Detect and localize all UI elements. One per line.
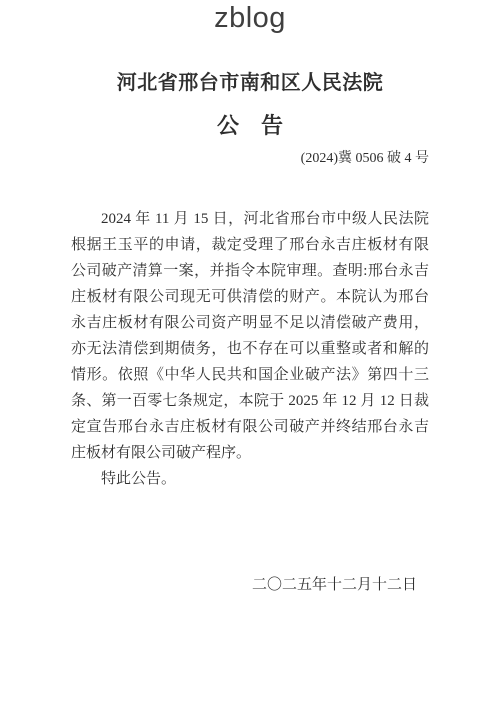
announcement-date: 二〇二五年十二月十二日: [71, 572, 429, 598]
site-title-link[interactable]: zblog: [214, 2, 286, 35]
body-paragraph-main: 2024 年 11 月 15 日，河北省邢台市中级人民法院根据王玉平的申请，裁定…: [71, 206, 429, 466]
announcement-document: 河北省邢台市南和区人民法院 公 告 (2024)冀 0506 破 4 号 202…: [71, 70, 429, 598]
court-name-heading: 河北省邢台市南和区人民法院: [71, 70, 429, 96]
announcement-body: 2024 年 11 月 15 日，河北省邢台市中级人民法院根据王玉平的申请，裁定…: [71, 206, 429, 492]
case-number: (2024)冀 0506 破 4 号: [71, 150, 429, 168]
announcement-title: 公 告: [71, 112, 429, 140]
body-paragraph-closing: 特此公告。: [71, 466, 429, 492]
site-header: zblog: [0, 0, 500, 36]
